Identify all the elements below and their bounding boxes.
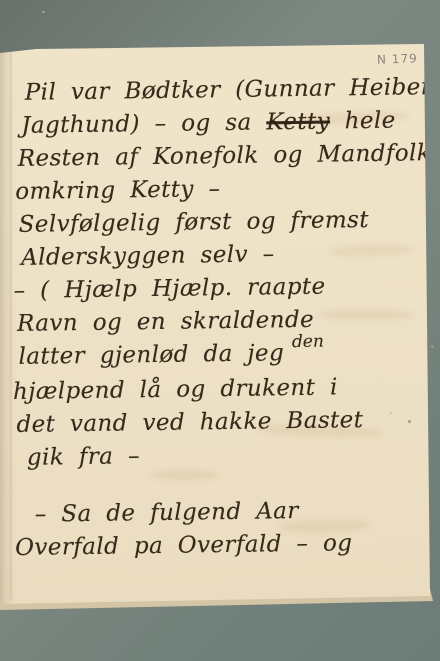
scanned-manuscript-photo: N 179 Pil var Bødtker (Gunnar Heibergs J… [0,0,440,661]
manuscript-line: – Sa de fulgend Aar [35,493,433,532]
dust-speck [42,11,45,13]
inserted-word-above-line: den [292,332,324,352]
manuscript-page: N 179 Pil var Bødtker (Gunnar Heibergs J… [0,0,440,661]
manuscript-line: latter gjenlød da jegden [18,335,430,376]
line-text: latter gjenlød da jeg [18,340,284,370]
line-text: Jagthund) – og sa [21,109,266,138]
manuscript-line: Pil var Bødtker (Gunnar Heibergs [25,71,427,110]
manuscript-line: gik fra – [27,436,432,475]
dust-speck [431,345,434,348]
handwritten-text: Pil var Bødtker (Gunnar Heibergs Jagthun… [17,71,434,565]
manuscript-line: Overfald pa Overfald – og [15,526,433,565]
catalog-number: N 179 [377,51,418,66]
fold-crease [9,52,12,600]
line-text: hele [330,108,396,135]
strikethrough-word: Ketty [266,109,330,136]
